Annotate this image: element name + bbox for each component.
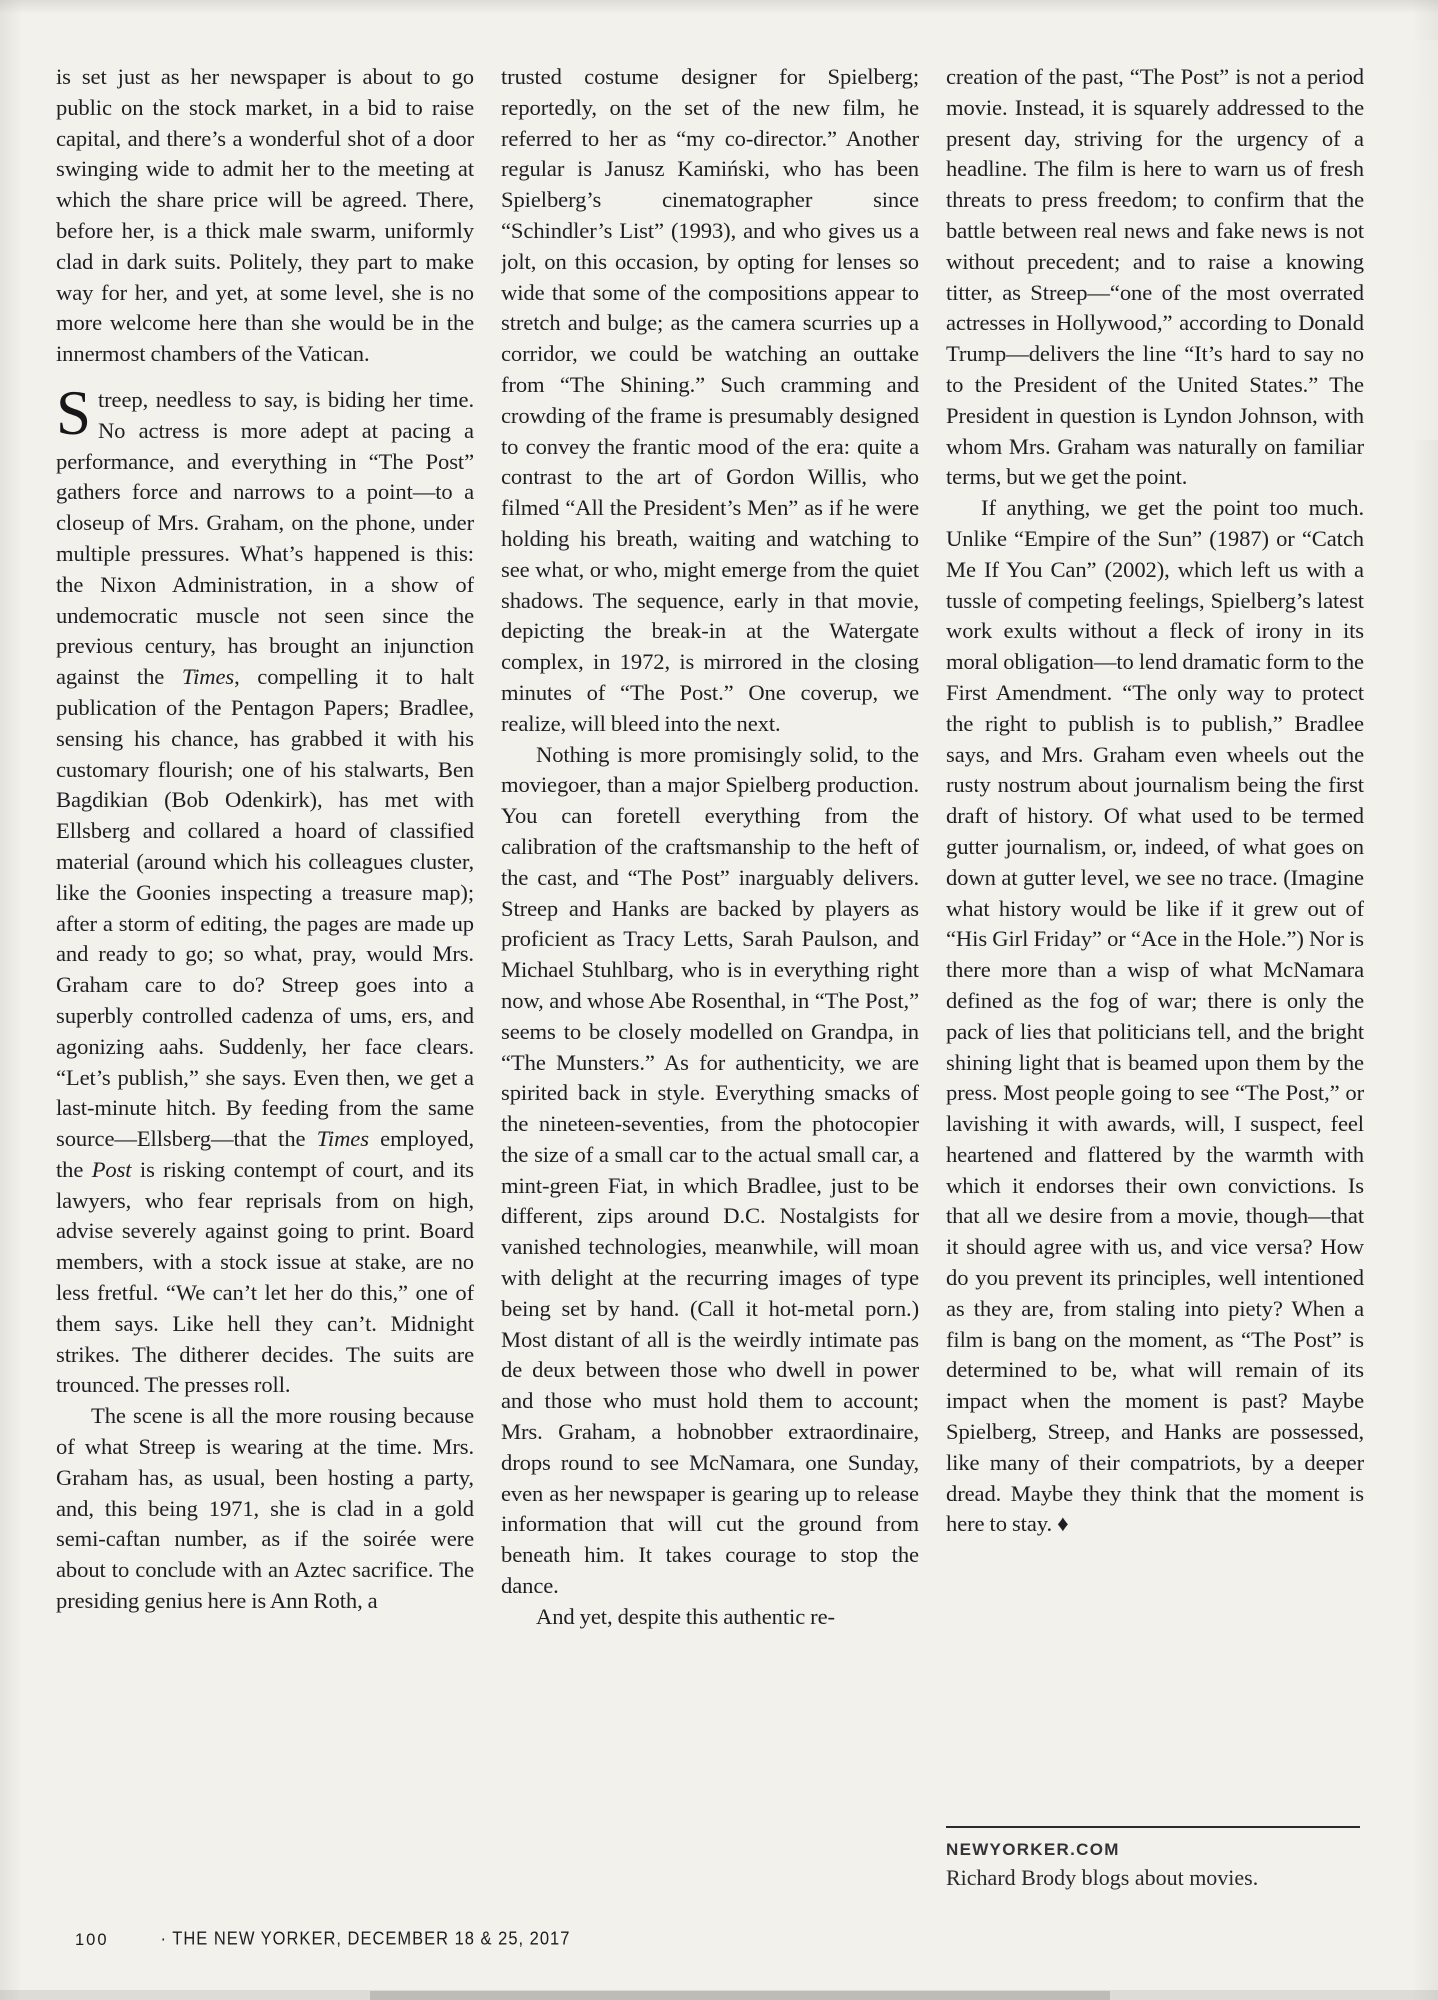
article-paragraph: trusted costume designer for Spielberg; … (501, 62, 919, 740)
drop-cap-letter: S (56, 385, 98, 438)
article-paragraph: is set just as her newspaper is about to… (56, 62, 474, 370)
page-number: 100 (75, 1931, 109, 1950)
promo-block: NEWYORKER.COM Richard Brody blogs about … (946, 1826, 1360, 1891)
article-paragraph: And yet, despite this authentic re- (501, 1602, 919, 1633)
magazine-page: { "colors": { "paper": "#f2f1ec", "ink":… (0, 0, 1438, 2000)
article-paragraph: The scene is all the more rousing becaus… (56, 1401, 474, 1617)
article-paragraph: Nothing is more promisingly solid, to th… (501, 740, 919, 1602)
article-paragraph: creation of the past, “The Post” is not … (946, 62, 1364, 493)
scan-bottom-band-dark (370, 1991, 1110, 2000)
promo-rule (946, 1826, 1360, 1828)
article-column-3: creation of the past, “The Post” is not … (946, 62, 1364, 1907)
issue-line: · THE NEW YORKER, DECEMBER 18 & 25, 2017 (161, 1929, 571, 1950)
article-paragraph: If anything, we get the point too much. … (946, 493, 1364, 1540)
article-column-1: is set just as her newspaper is about to… (56, 62, 474, 1907)
page-footer: 100 · THE NEW YORKER, DECEMBER 18 & 25, … (75, 1931, 570, 1950)
article-paragraph: Streep, needless to say, is biding her t… (56, 385, 474, 1401)
article-column-2: trusted costume designer for Spielberg; … (501, 62, 919, 1907)
article-columns: is set just as her newspaper is about to… (56, 62, 1364, 1907)
promo-blurb: Richard Brody blogs about movies. (946, 1864, 1360, 1891)
promo-site-link[interactable]: NEWYORKER.COM (946, 1840, 1360, 1860)
